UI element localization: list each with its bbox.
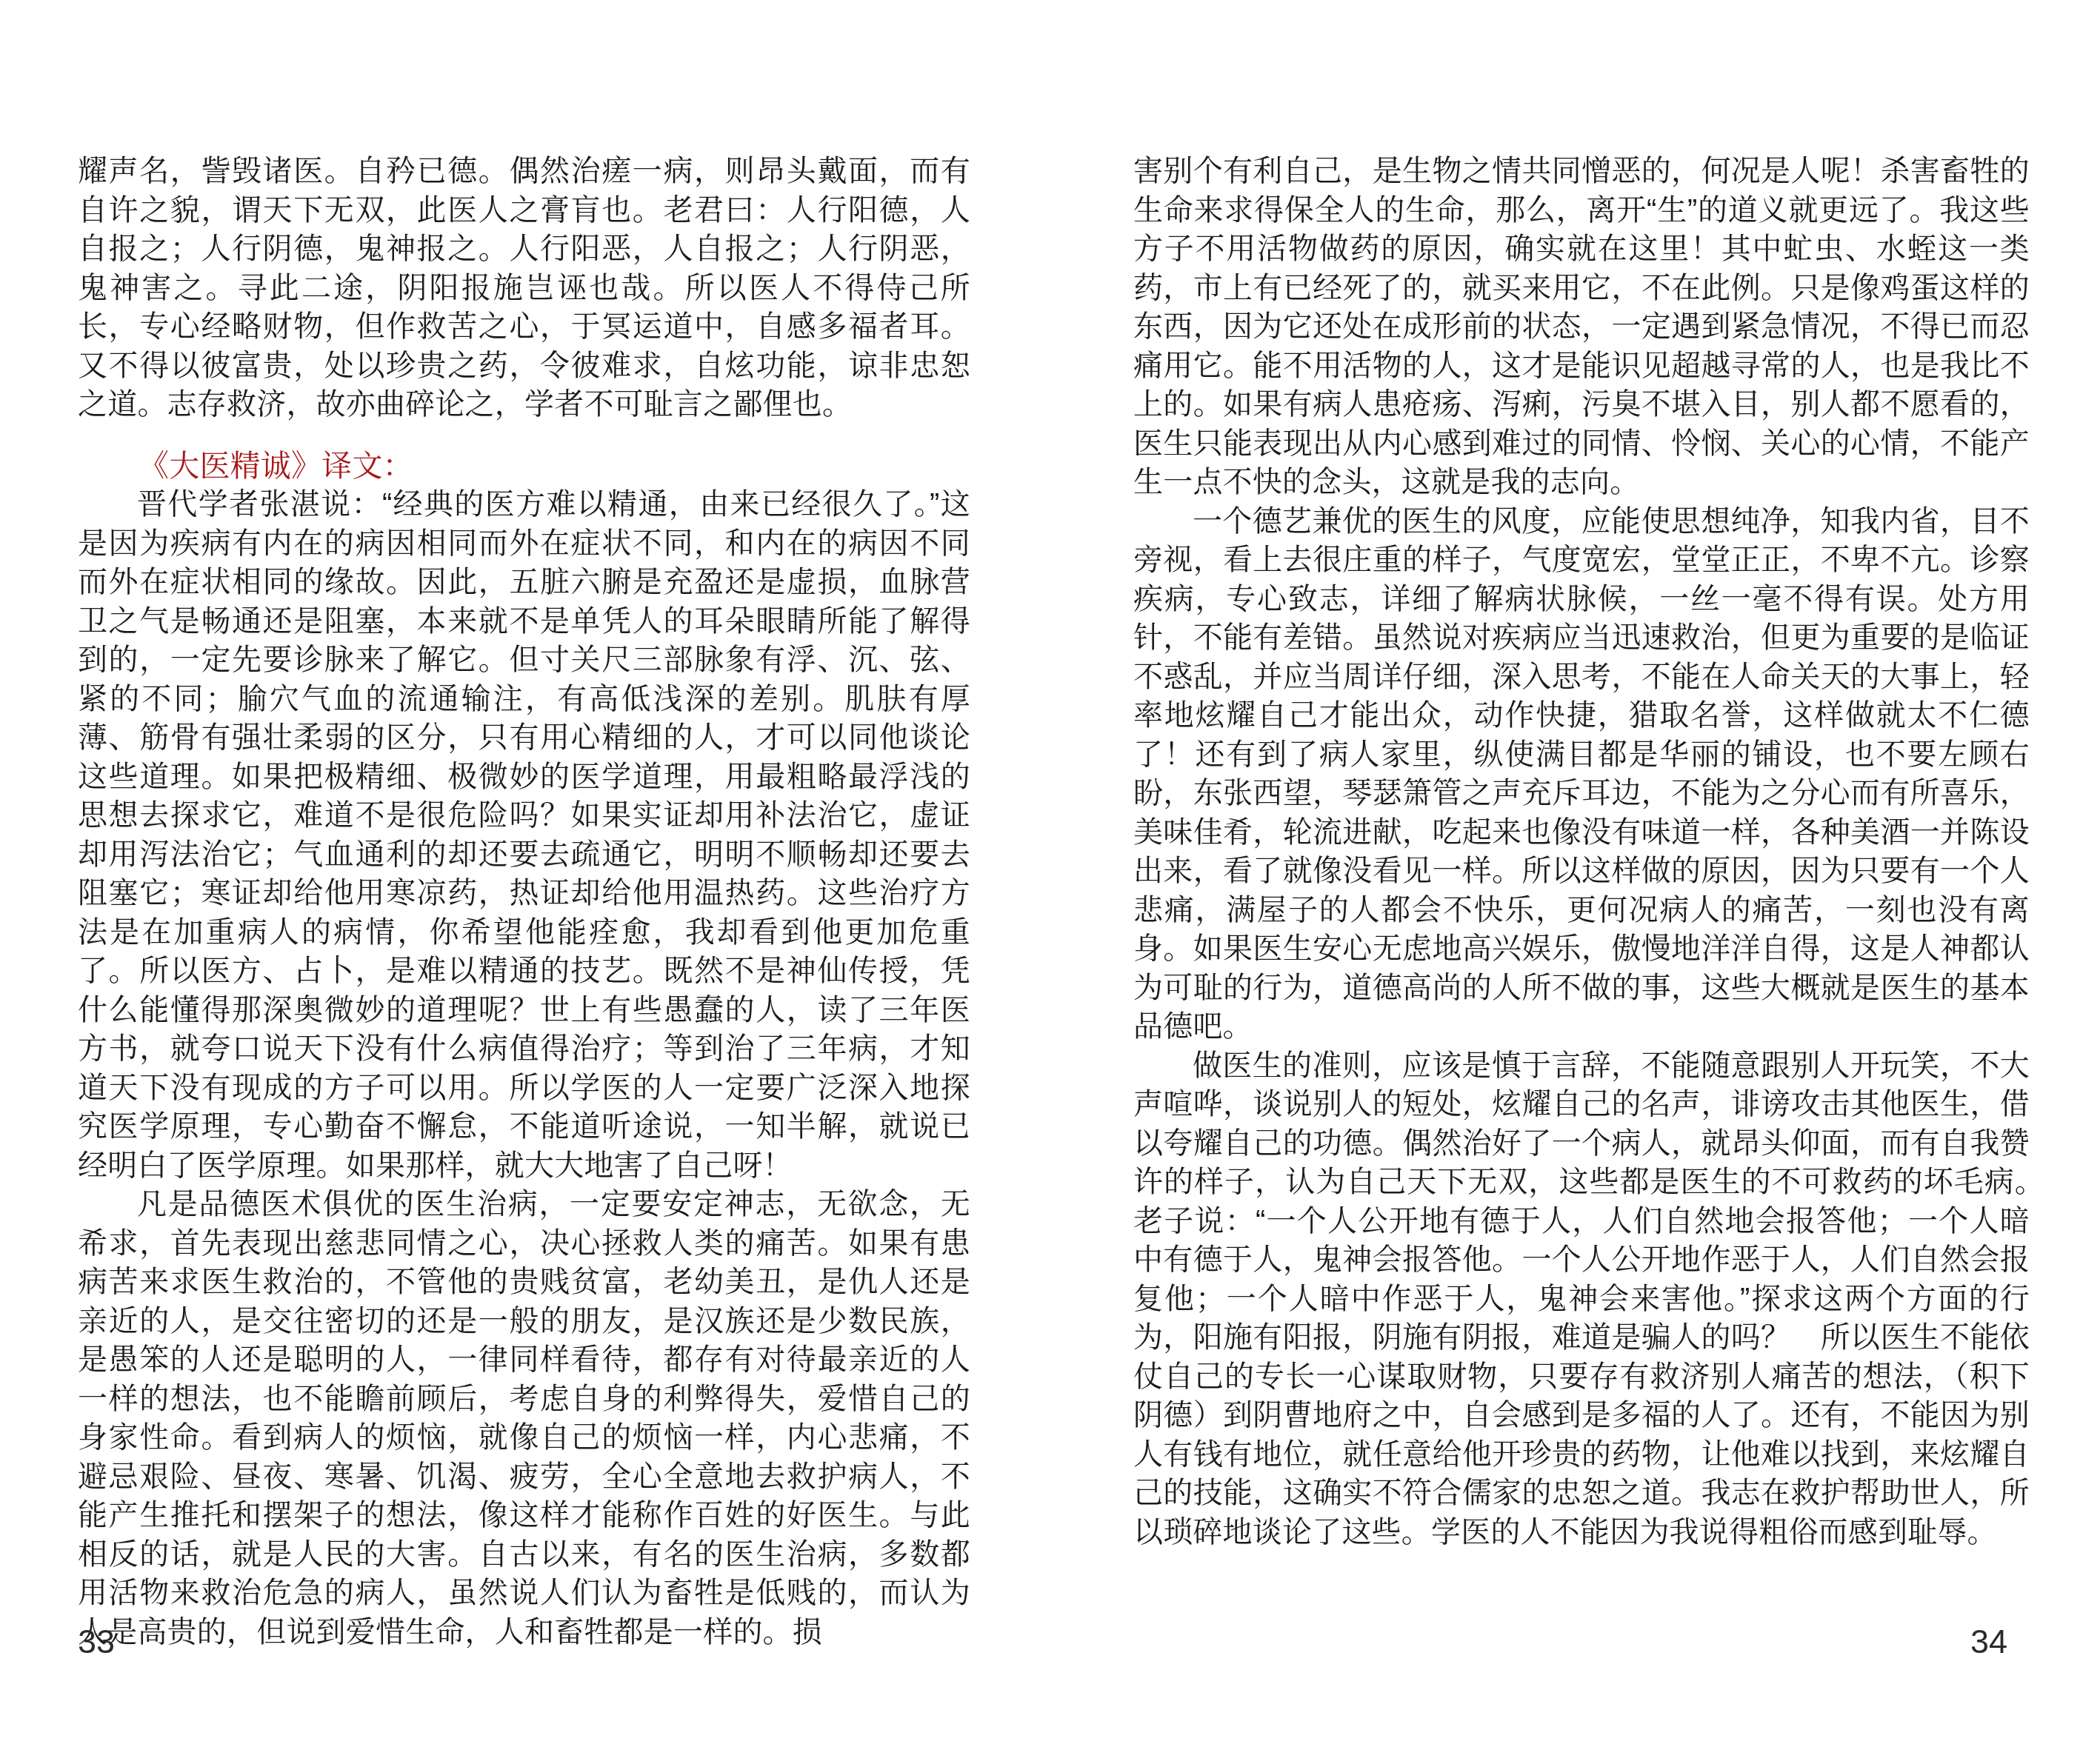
page-number-left: 33 xyxy=(78,1623,300,1660)
left-translation-paragraph: 晋代学者张湛说：“经典的医方难以精通，由来已经很久了。”这是因为疾病有内在的病因… xyxy=(78,485,970,1185)
right-precepts-paragraph: 做医生的准则，应该是慎于言辞，不能随意跟别人开玩笑，不大声喧哗，谈说别人的短处，… xyxy=(1133,1046,2030,1552)
right-page-column: 害别个有利自己，是生物之情共同憎恶的，何况是人呢！杀害畜牲的生命来求得保全人的生… xyxy=(1133,152,2030,1552)
translation-section-heading: 《大医精诚》译文： xyxy=(78,447,970,486)
left-opening-paragraph: 耀声名，訾毁诸医。自矜已德。偶然治瘥一病，则昂头戴面，而有自许之貌，谓天下无双，… xyxy=(78,152,970,424)
left-virtue-paragraph: 凡是品德医术俱优的医生治病，一定要安定神志，无欲念，无希求，首先表现出慈悲同情之… xyxy=(78,1185,970,1652)
page-number-right: 34 xyxy=(1133,1623,2007,1660)
right-demeanor-paragraph: 一个德艺兼优的医生的风度，应能使思想纯净，知我内省，目不旁视，看上去很庄重的样子… xyxy=(1133,502,2030,1046)
left-page-column: 耀声名，訾毁诸医。自矜已德。偶然治瘥一病，则昂头戴面，而有自许之貌，谓天下无双，… xyxy=(78,152,970,1652)
right-continuation-paragraph: 害别个有利自己，是生物之情共同憎恶的，何况是人呢！杀害畜牲的生命来求得保全人的生… xyxy=(1133,152,2030,502)
